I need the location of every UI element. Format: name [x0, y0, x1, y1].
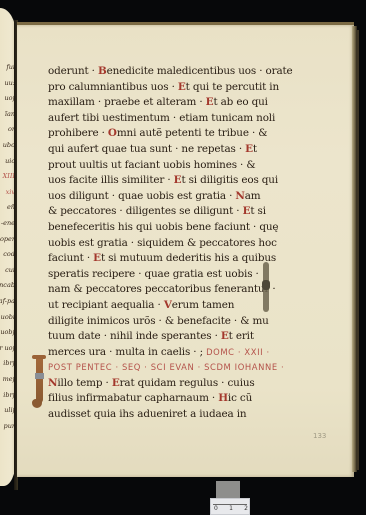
text-segment: merces ura · multa in caelis · ;	[48, 346, 206, 358]
text-segment: erum tamen	[172, 299, 235, 311]
manuscript-line: prohibere · Omni autẽ petenti te tribue …	[48, 126, 273, 142]
text-segment: ut recipiant aequalia ·	[48, 299, 164, 311]
left-page-fragment: -ene	[1, 220, 15, 227]
manuscript-line: benefeceritis his qui uobis bene faciunt…	[48, 220, 273, 236]
rubricated-capital: E	[221, 330, 229, 342]
marginal-ink-mark	[262, 262, 270, 314]
rubricated-capital: E	[178, 81, 186, 93]
gray-color-card	[216, 481, 240, 499]
text-segment: benefeceritis his qui uobis bene faciunt…	[48, 221, 278, 233]
manuscript-line: speratis recipere · quae gratia est uobi…	[48, 267, 273, 283]
text-segment: t ab eo qui	[213, 96, 267, 108]
text-segment: uos diligunt · quae uobis est gratia ·	[48, 190, 235, 202]
text-segment: nam & peccatores peccatoribus fenerantur…	[48, 283, 276, 295]
text-segment: am	[245, 190, 261, 202]
initial-serif	[32, 355, 46, 359]
text-segment: t si	[250, 205, 266, 217]
manuscript-line: diligite inimicos urõs · & benefacite · …	[48, 314, 273, 330]
manuscript-line: tuum date · nihil inde sperantes · Et er…	[48, 329, 273, 345]
scale-label: 0	[214, 505, 218, 512]
rubricated-capital: N	[48, 377, 57, 389]
rubricated-capital: E	[93, 252, 101, 264]
initial-stem	[36, 355, 43, 403]
text-segment: mni autẽ petenti te tribue · &	[117, 127, 268, 139]
left-page-fragment: af-pa	[0, 298, 15, 305]
text-segment: tuum date · nihil inde sperantes ·	[48, 330, 221, 342]
text-segment: oderunt ·	[48, 65, 98, 77]
manuscript-line: nam & peccatores peccatoribus fenerantur…	[48, 282, 273, 298]
text-segment: diligite inimicos urõs · & benefacite · …	[48, 315, 269, 327]
manuscript-line: uos facite illis similiter · Et si dilig…	[48, 173, 273, 189]
text-segment: t qui te percutit in	[186, 81, 279, 93]
initial-band	[35, 373, 44, 379]
text-segment: speratis recipere · quae gratia est uobi…	[48, 268, 259, 280]
text-segment: pro calumniantibus uos ·	[48, 81, 178, 93]
manuscript-text-block: oderunt · Benedicite maledicentibus uos …	[48, 64, 273, 423]
rubricated-capital: V	[164, 299, 172, 311]
left-page-fragment: r uof	[0, 345, 15, 352]
manuscript-line: aufert tibi uestimentum · etiam tunicam …	[48, 111, 273, 127]
text-segment: t si diligitis eos qui	[181, 174, 278, 186]
measurement-scale: 0 1 2	[210, 498, 250, 515]
scale-label: 2	[244, 505, 248, 512]
text-segment: uobis est gratia · siquidem & peccatores…	[48, 237, 277, 249]
manuscript-line: filius infirmabatur capharnaum · Hic cũ	[48, 391, 273, 407]
text-segment: enedicite maledicentibus uos · orate	[107, 65, 293, 77]
initial-foot	[32, 399, 42, 408]
rubricated-capital: N	[235, 190, 244, 202]
folio-number: 133	[313, 432, 326, 440]
manuscript-line: ut recipiant aequalia · Verum tamen	[48, 298, 273, 314]
manuscript-line: audisset quia ihs adueniret a iudaea in	[48, 407, 273, 423]
manuscript-line: & peccatores · diligentes se diligunt · …	[48, 204, 273, 220]
text-segment: prout uultis ut faciant uobis homines · …	[48, 159, 255, 171]
scale-labels: 0 1 2	[214, 505, 248, 512]
text-segment: t erit	[229, 330, 254, 342]
marginal-mark-blot	[262, 280, 270, 290]
text-segment: illo temp ·	[57, 377, 111, 389]
text-segment: maxillam · praebe et alteram ·	[48, 96, 206, 108]
manuscript-line: maxillam · praebe et alteram · Et ab eo …	[48, 95, 273, 111]
manuscript-line: uobis est gratia · siquidem & peccatores…	[48, 236, 273, 252]
text-segment: filius infirmabatur capharnaum ·	[48, 392, 218, 404]
manuscript-line: POST PENTEC · SEQ · SCI EVAN · SCDM IOHA…	[48, 360, 273, 376]
text-segment: aufert tibi uestimentum · etiam tunicam …	[48, 112, 275, 124]
rubricated-capital: E	[112, 377, 120, 389]
text-segment: t si mutuum dederitis his a quibus	[101, 252, 276, 264]
text-segment: faciunt ·	[48, 252, 93, 264]
manuscript-line: prout uultis ut faciant uobis homines · …	[48, 158, 273, 174]
text-segment: & peccatores · diligentes se diligunt ·	[48, 205, 243, 217]
left-page-fragment: oper	[0, 236, 15, 243]
decorated-initial-i	[32, 355, 46, 409]
manuscript-line: Nillo temp · Erat quidam regulus · cuius	[48, 376, 273, 392]
left-page-fragment: uobf	[0, 329, 15, 336]
manuscript-line: uos diligunt · quae uobis est gratia · N…	[48, 189, 273, 205]
manuscript-line: pro calumniantibus uos · Et qui te percu…	[48, 80, 273, 96]
rubricated-capital: O	[108, 127, 117, 139]
text-segment: t	[253, 143, 257, 155]
text-segment: rat quidam regulus · cuius	[120, 377, 255, 389]
text-segment: prohibere ·	[48, 127, 108, 139]
left-page-fragment: uobi	[1, 314, 15, 321]
manuscript-line: faciunt · Et si mutuum dederitis his a q…	[48, 251, 273, 267]
page-edge-shadow	[357, 30, 359, 470]
text-segment: uos facite illis similiter ·	[48, 174, 174, 186]
manuscript-line: merces ura · multa in caelis · ; DOMC · …	[48, 345, 273, 361]
text-segment: audisset quia ihs adueniret a iudaea in	[48, 408, 246, 420]
rubric-heading: POST PENTEC · SEQ · SCI EVAN · SCDM IOHA…	[48, 362, 284, 372]
left-page-fragment: ncab	[0, 282, 15, 289]
text-segment: qui aufert quae tua sunt · ne repetas ·	[48, 143, 245, 155]
manuscript-line: oderunt · Benedicite maledicentibus uos …	[48, 64, 273, 80]
manuscript-line: qui aufert quae tua sunt · ne repetas · …	[48, 142, 273, 158]
rubric-heading: DOMC · XXII ·	[206, 347, 270, 357]
rubricated-capital: H	[218, 392, 228, 404]
text-segment: ic cũ	[228, 392, 252, 404]
rubricated-capital: E	[245, 143, 253, 155]
scale-label: 1	[229, 505, 233, 512]
rubricated-capital: B	[98, 65, 107, 77]
